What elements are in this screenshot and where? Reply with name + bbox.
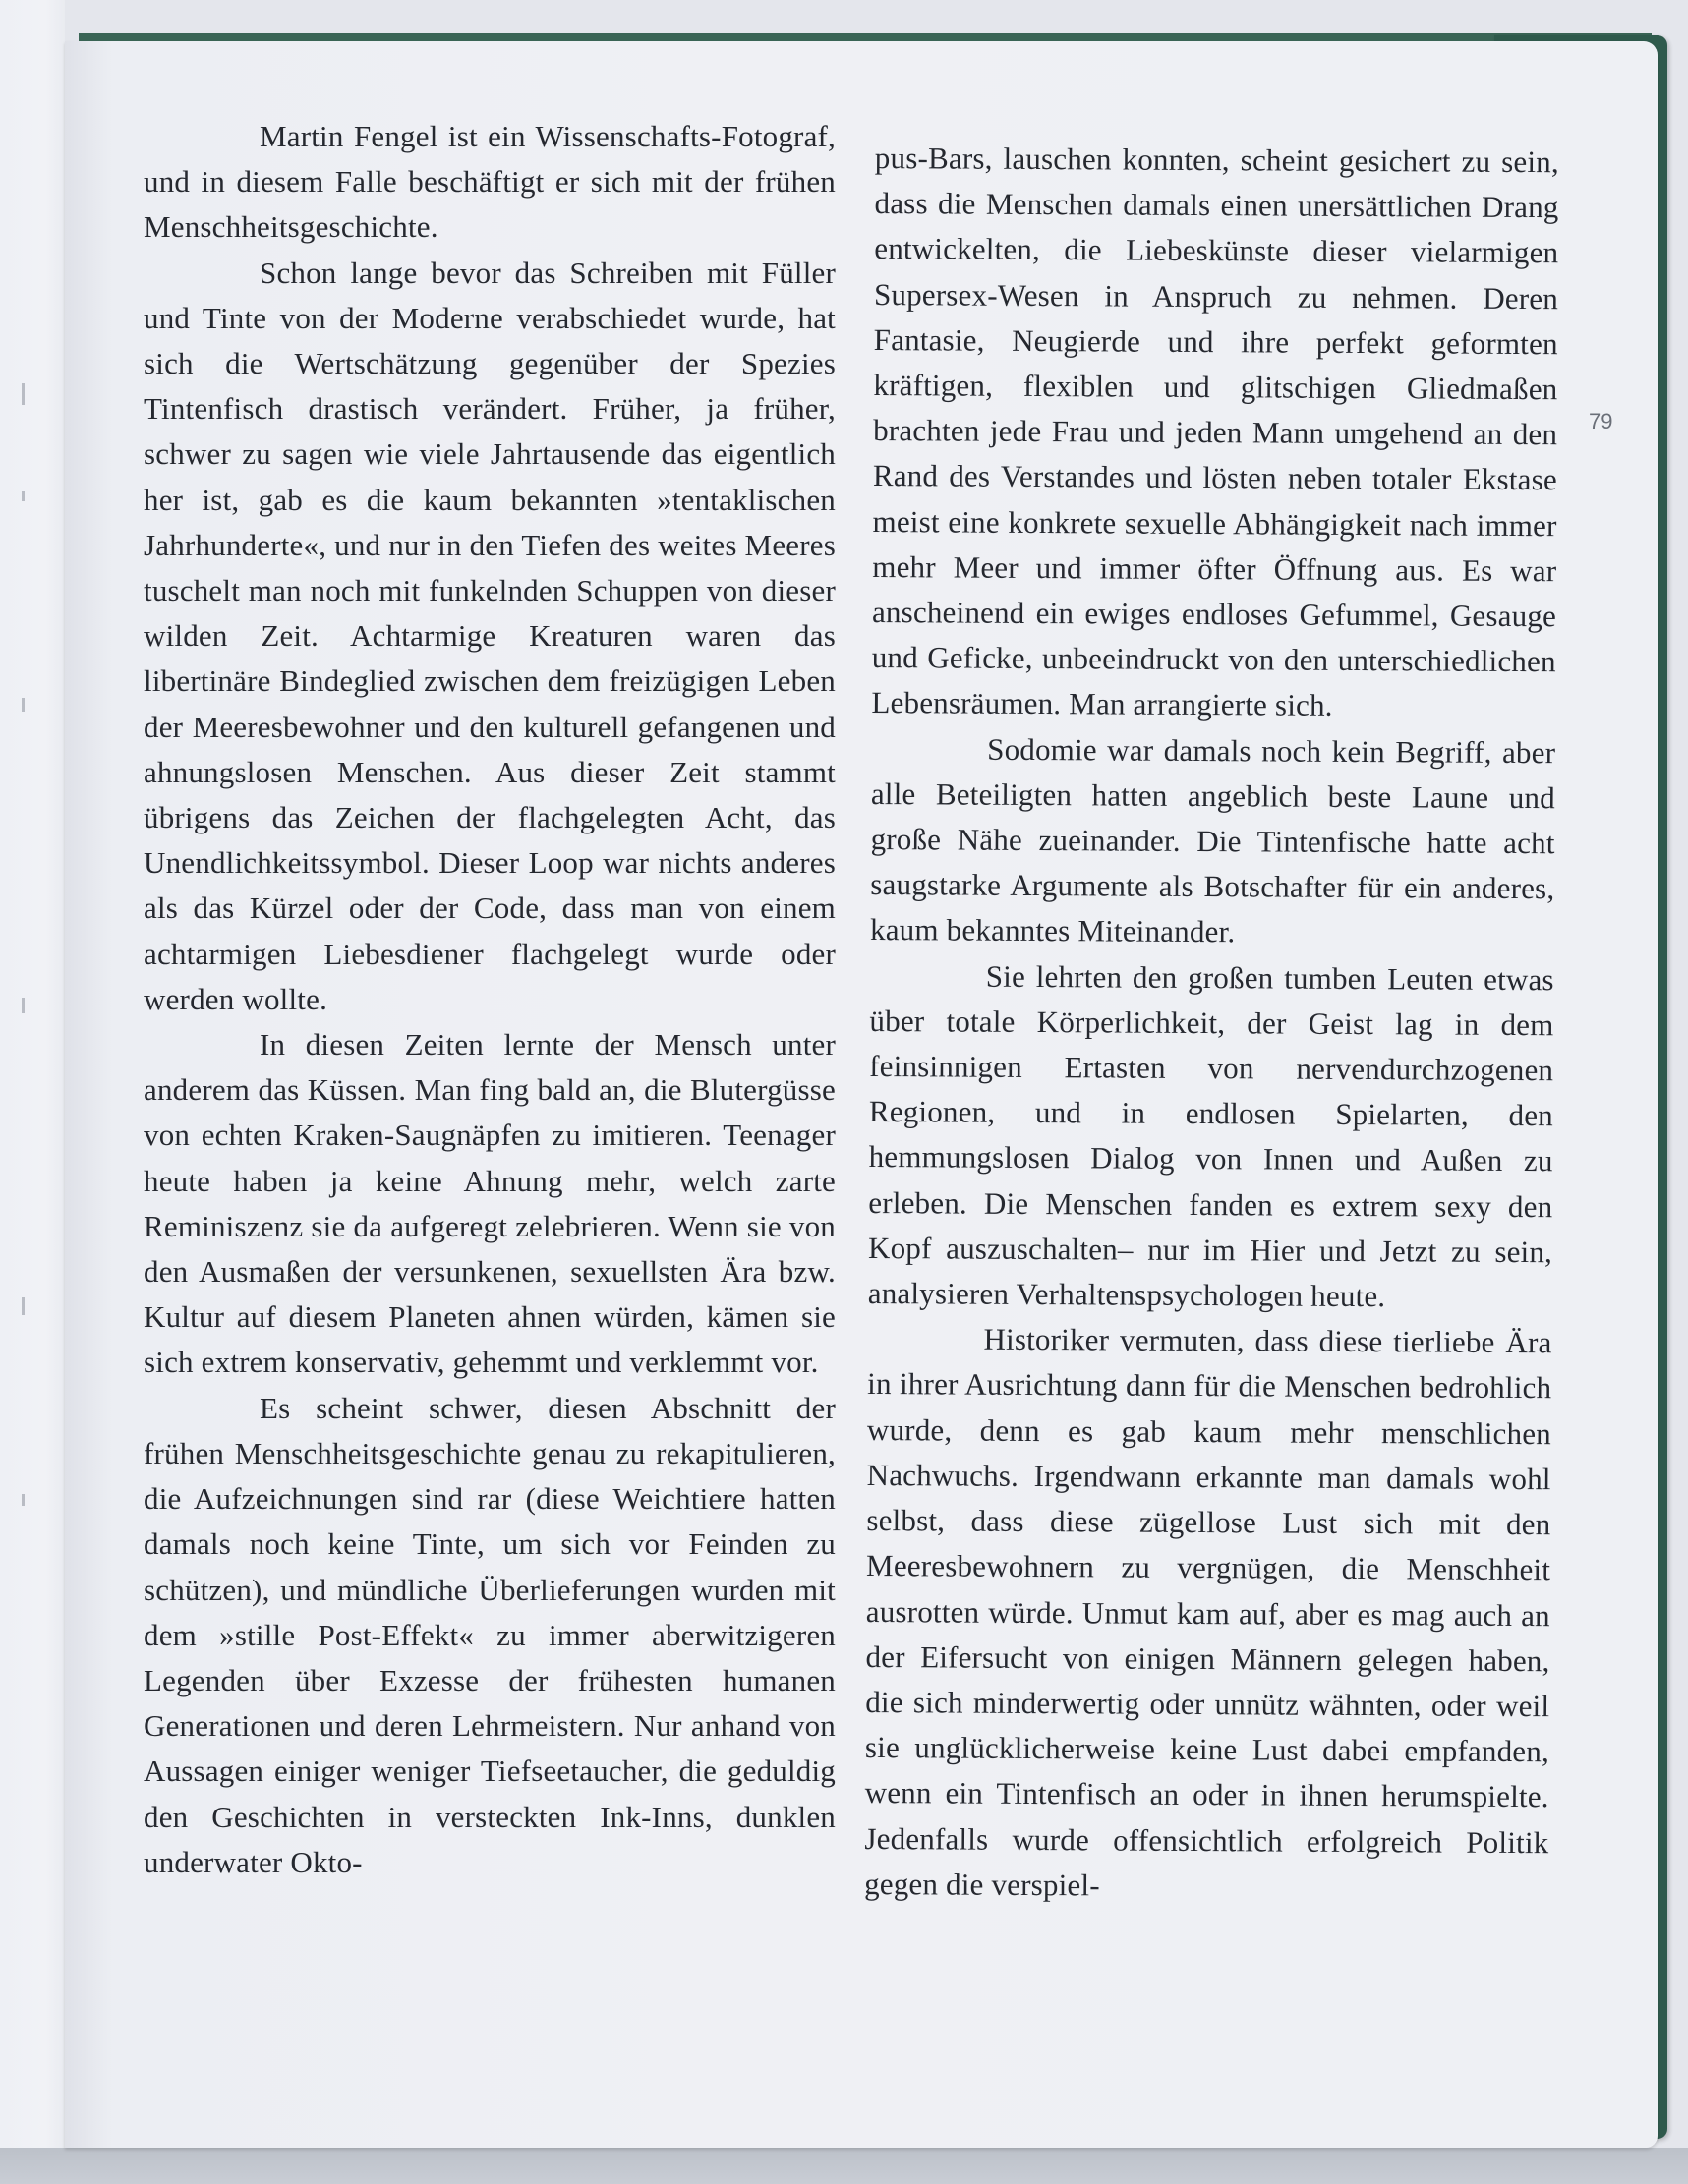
paragraph: Sie lehrten den großen tumben Leuten etw…	[868, 953, 1554, 1321]
paragraph: Schon lange bevor das Schreiben mit Füll…	[144, 251, 836, 1022]
right-text-column: pus-Bars, lauschen konnten, scheint gesi…	[864, 136, 1559, 1911]
paragraph: Historiker vermuten, dass diese tierlieb…	[864, 1316, 1552, 1911]
paragraph: pus-Bars, lauschen konnten, scheint gesi…	[871, 136, 1559, 730]
left-text-column: Martin Fengel ist ein Wissenschafts-Foto…	[144, 114, 836, 1885]
show-through-mark	[22, 998, 25, 1013]
show-through-mark	[22, 491, 25, 501]
show-through-mark	[22, 698, 25, 712]
show-through-mark	[22, 1494, 25, 1506]
previous-page-edge	[0, 0, 65, 2148]
page-number: 79	[1589, 409, 1612, 434]
paragraph: Sodomie war damals noch kein Begriff, ab…	[870, 726, 1555, 957]
paragraph: Martin Fengel ist ein Wissenschafts-Foto…	[144, 114, 836, 251]
paragraph: In diesen Zeiten lernte der Mensch unter…	[144, 1022, 836, 1386]
paragraph: Es scheint schwer, diesen Abschnitt der …	[144, 1386, 836, 1885]
show-through-mark	[22, 383, 25, 405]
show-through-mark	[22, 1297, 25, 1315]
table-surface-shadow	[0, 2148, 1688, 2184]
